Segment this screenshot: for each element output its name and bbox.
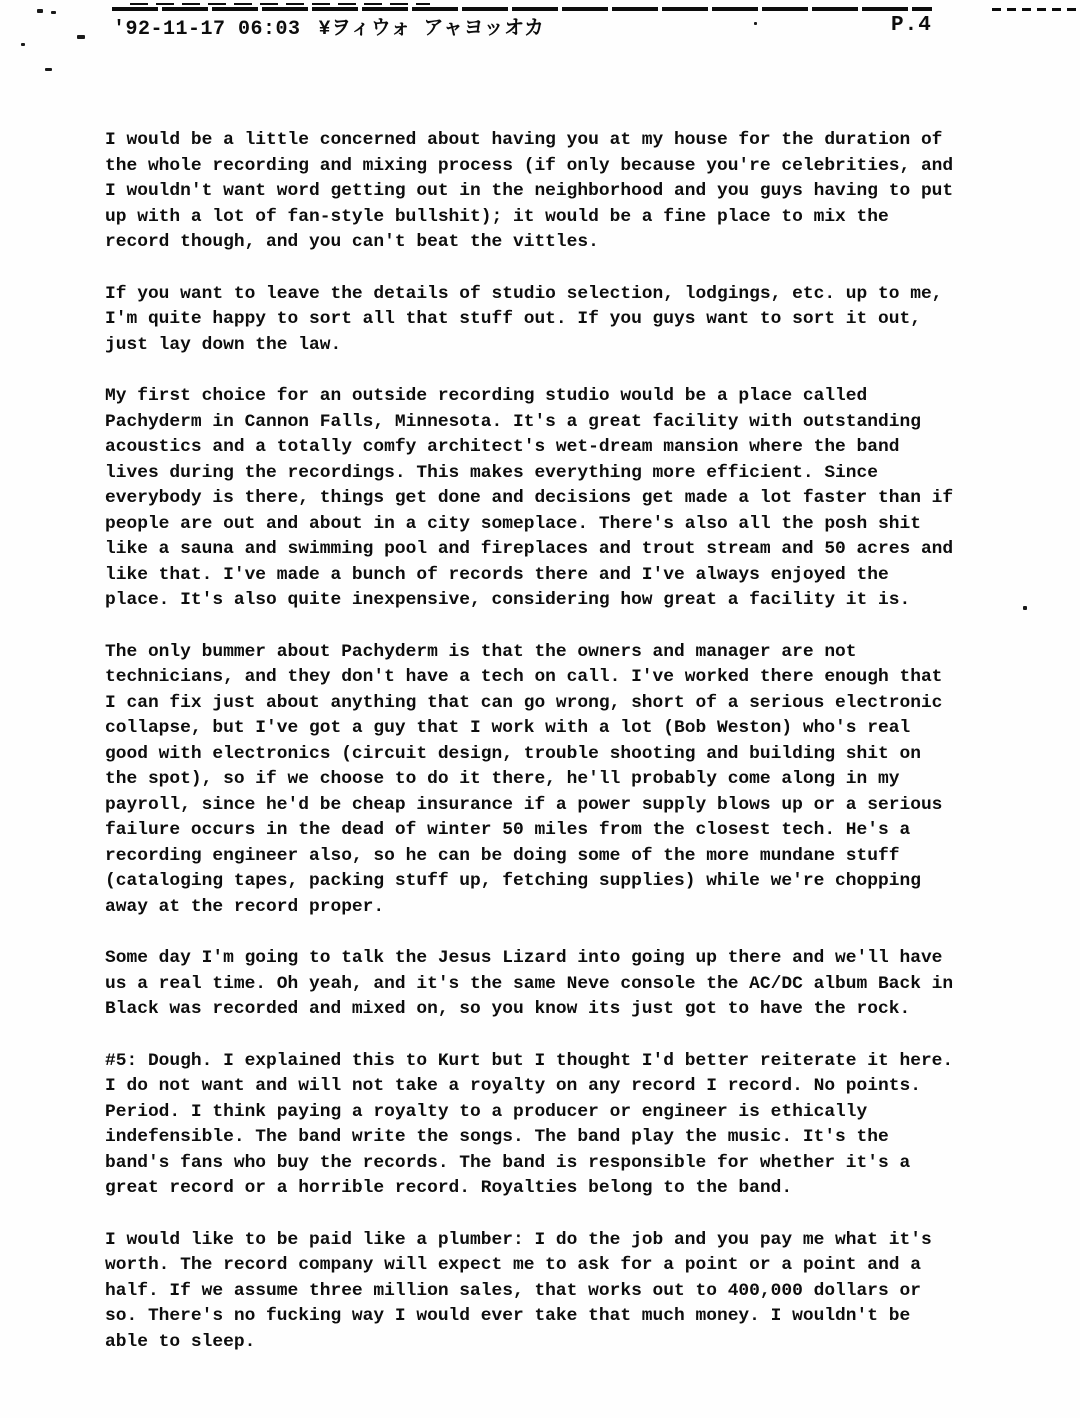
letter-body: I would be a little concerned about havi…	[105, 128, 985, 1381]
fax-header: '92-11-17 06:03¥ヲィウォ アャヨッオカ	[113, 11, 545, 41]
letter-paragraph: My first choice for an outside recording…	[105, 384, 985, 614]
letter-paragraph: #5: Dough. I explained this to Kurt but …	[105, 1049, 985, 1202]
fax-page-number: P.4	[891, 14, 932, 37]
scan-speck	[37, 9, 43, 13]
letter-paragraph: Some day I'm going to talk the Jesus Liz…	[105, 946, 985, 1023]
letter-paragraph: The only bummer about Pachyderm is that …	[105, 640, 985, 921]
fax-page: '92-11-17 06:03¥ヲィウォ アャヨッオカ P.4 I would …	[0, 0, 1080, 1418]
scan-dashes	[992, 8, 1078, 11]
scan-speck	[51, 11, 56, 14]
scan-speck	[45, 68, 52, 71]
fax-timestamp: '92-11-17 06:03	[113, 18, 301, 41]
letter-paragraph: I would like to be paid like a plumber: …	[105, 1228, 985, 1356]
scan-speck	[754, 22, 757, 25]
letter-paragraph: I would be a little concerned about havi…	[105, 128, 985, 256]
scan-speck	[21, 43, 25, 46]
scan-speck	[1023, 606, 1027, 610]
scan-line-top	[130, 3, 430, 5]
letter-paragraph: If you want to leave the details of stud…	[105, 282, 985, 359]
scan-speck	[77, 35, 85, 39]
fax-station-id: ¥ヲィウォ アャヨッオカ	[319, 18, 545, 41]
